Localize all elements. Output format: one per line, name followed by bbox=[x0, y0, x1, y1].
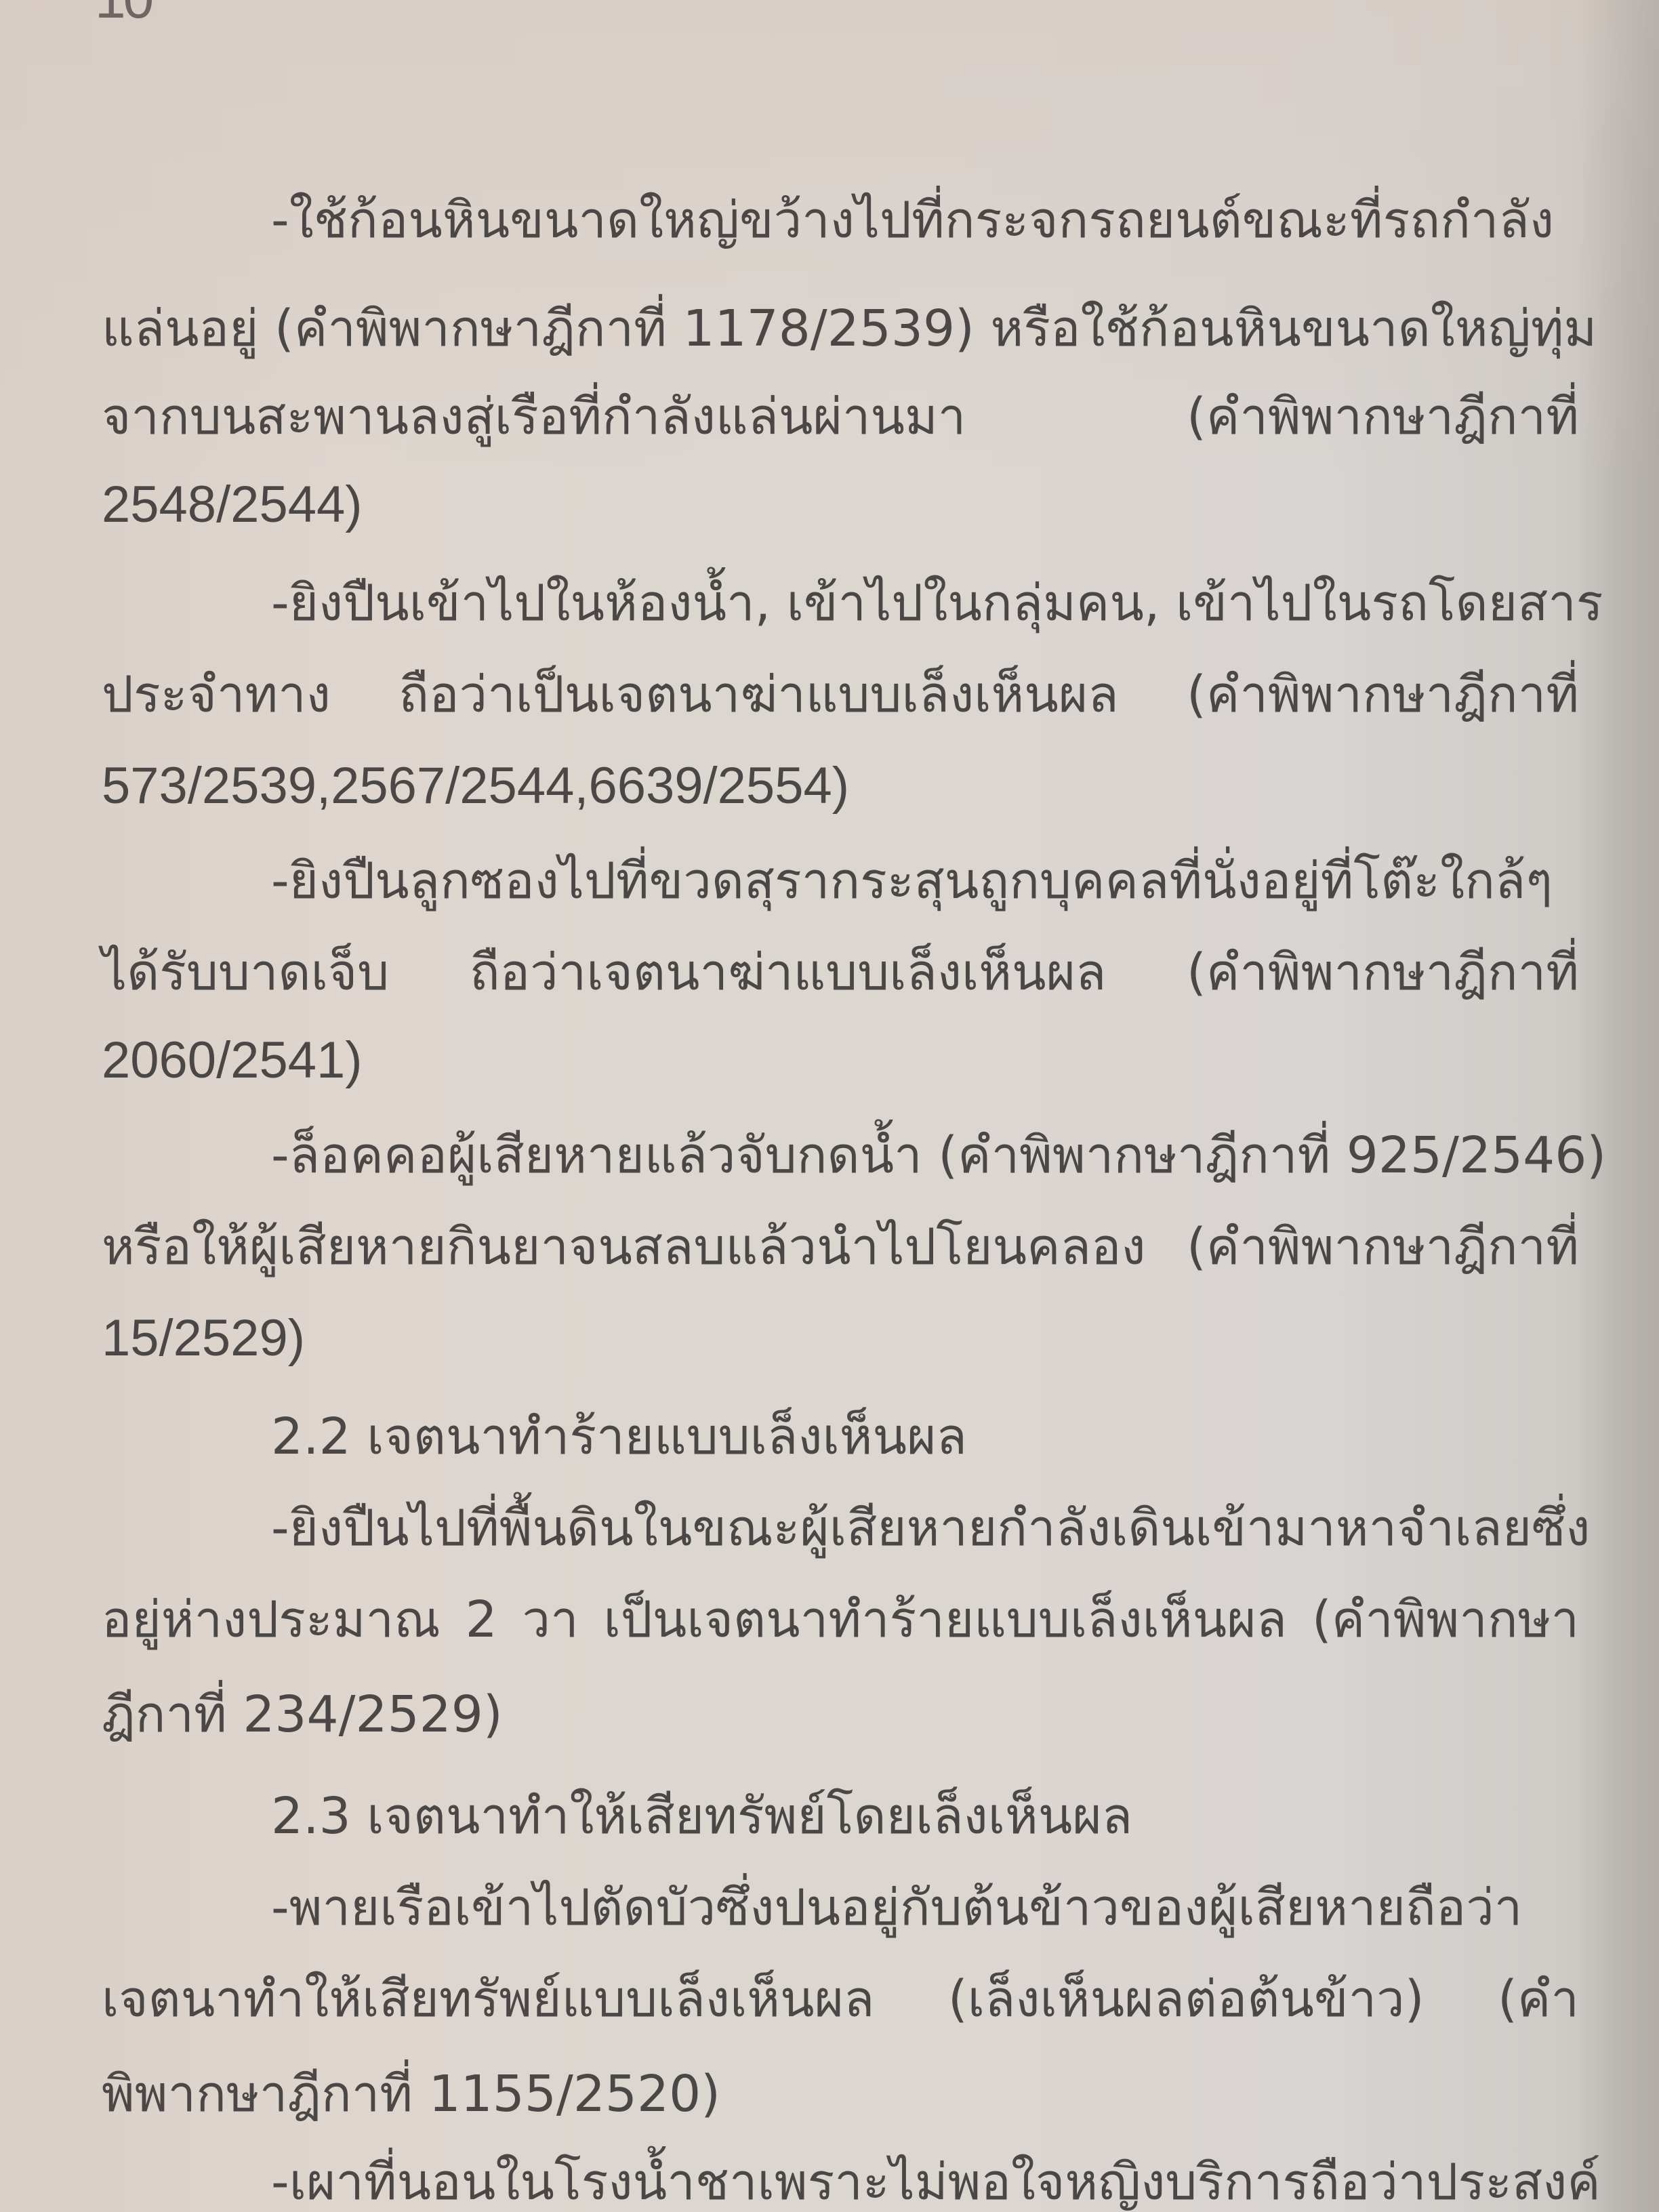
paragraph-4-line-3: 15/2529) bbox=[102, 1305, 305, 1372]
paragraph-4-line-2: หรือให้ผู้เสียหายกินยาจนสลบแล้วนำไปโยนคล… bbox=[102, 1213, 1579, 1281]
paragraph-3-line-2: ได้รับบาดเจ็บ ถือว่าเจตนาฆ่าแบบเล็งเห็นผ… bbox=[102, 939, 1579, 1006]
page-number: 10 bbox=[95, 0, 151, 31]
paragraph-4-line-1: -ล็อคคอผู้เสียหายแล้วจับกดน้ำ (คำพิพากษา… bbox=[271, 1122, 1579, 1189]
paragraph-1-line-4: 2548/2544) bbox=[102, 471, 363, 539]
paragraph-7-line-1: -เผาที่นอนในโรงน้ำชาเพราะไม่พอใจหญิงบริก… bbox=[271, 2148, 1579, 2212]
paragraph-6-line-2: เจตนาทำให้เสียทรัพย์แบบเล็งเห็นผล (เล็งเ… bbox=[102, 1965, 1579, 2033]
paragraph-6-line-1: -พายเรือเข้าไปตัดบัวซึ่งปนอยู่กับต้นข้าว… bbox=[271, 1874, 1579, 1942]
paragraph-5-line-2: อยู่ห่างประมาณ 2 วา เป็นเจตนาทำร้ายแบบเล… bbox=[102, 1586, 1579, 1654]
paragraph-3-line-1: -ยิงปืนลูกซองไปที่ขวดสุรากระสุนถูกบุคคลท… bbox=[271, 847, 1579, 915]
paragraph-1-line-1: -ใช้ก้อนหินขนาดใหญ่ขว้างไปที่กระจกรถยนต์… bbox=[271, 186, 1579, 254]
section-heading-2-3: 2.3 เจตนาทำให้เสียทรัพย์โดยเล็งเห็นผล bbox=[271, 1782, 1132, 1850]
paragraph-6-line-3: พิพากษาฎีกาที่ 1155/2520) bbox=[102, 2060, 720, 2128]
paragraph-5-line-1: -ยิงปืนไปที่พื้นดินในขณะผู้เสียหายกำลังเ… bbox=[271, 1494, 1579, 1562]
section-heading-2-2: 2.2 เจตนาทำร้ายแบบเล็งเห็นผล bbox=[271, 1403, 967, 1471]
paragraph-2-line-3: 573/2539,2567/2544,6639/2554) bbox=[102, 752, 849, 820]
paragraph-1-line-3: จากบนสะพานลงสู่เรือที่กำลังแล่นผ่านมา (ค… bbox=[102, 383, 1579, 451]
paragraph-3-line-3: 2060/2541) bbox=[102, 1027, 363, 1094]
paragraph-2-line-1: -ยิงปืนเข้าไปในห้องน้ำ, เข้าไปในกลุ่มคน,… bbox=[271, 569, 1579, 637]
paragraph-1-line-2: แล่นอยู่ (คำพิพากษาฎีกาที่ 1178/2539) หร… bbox=[102, 295, 1579, 363]
paragraph-5-line-3: ฎีกาที่ 234/2529) bbox=[102, 1681, 503, 1748]
paragraph-2-line-2: ประจำทาง ถือว่าเป็นเจตนาฆ่าแบบเล็งเห็นผล… bbox=[102, 661, 1579, 729]
